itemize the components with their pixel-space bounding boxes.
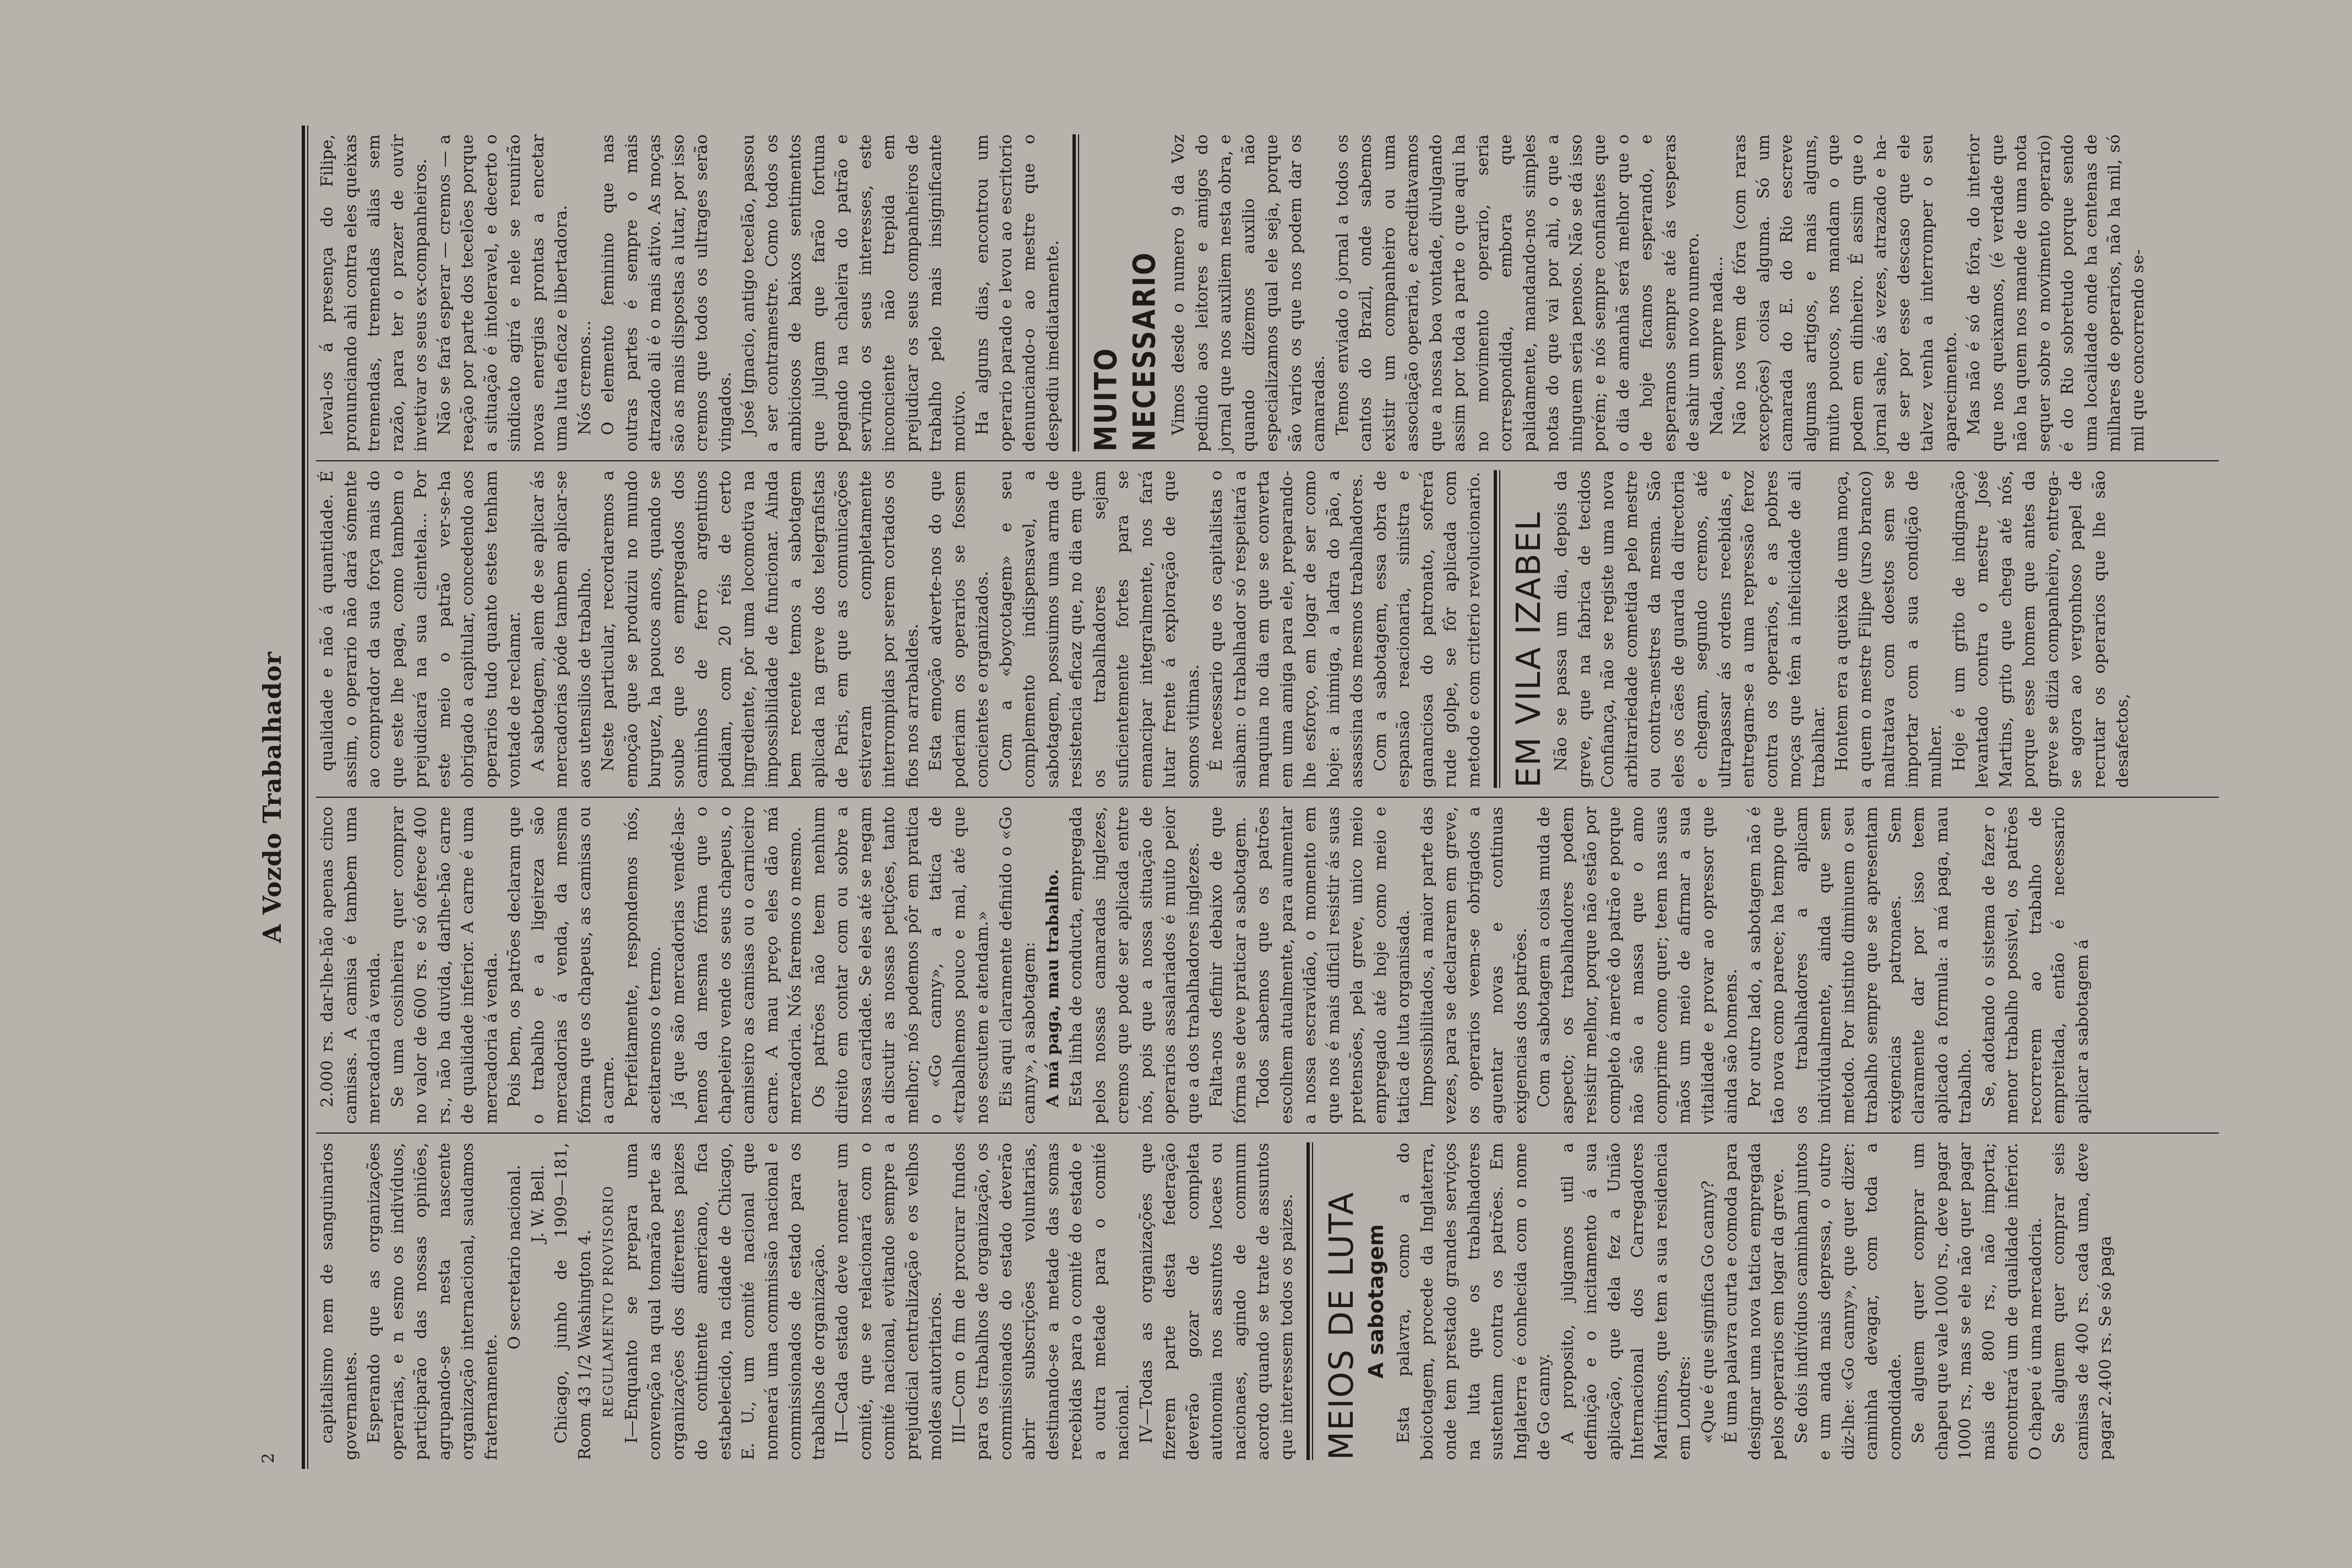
article-paragraph: Perfeitamente, respondemos nós, aceitare… bbox=[620, 807, 667, 1124]
article-paragraph: Não nos vem de fóra (com raras excepções… bbox=[1729, 134, 1963, 452]
article-paragraph: É necessario que os capitalistas o saiba… bbox=[1205, 471, 1369, 788]
article-paragraph: Mas não é só de fóra, do interior que no… bbox=[1963, 134, 2150, 452]
article-paragraph: REGULAMENTO PROVISORIO bbox=[597, 1143, 620, 1461]
article-paragraph: Nada, sempre nada... bbox=[1706, 134, 1729, 452]
newspaper-page: 2 A Vozdo Trabalhador capitalismo nem de… bbox=[259, 126, 2219, 1469]
section-heading: MEIOS DE LUTA bbox=[1321, 1143, 1363, 1461]
section-divider bbox=[1306, 1143, 1313, 1461]
article-paragraph: Temos enviado o jornal a todos os cantos… bbox=[1331, 134, 1706, 452]
article-paragraph: Esperando que as organizações operarias,… bbox=[363, 1143, 503, 1461]
section-heading: MUITO NECESSARIO bbox=[1087, 182, 1164, 451]
article-paragraph: Se, adotando o sistema de fazer o menor … bbox=[1978, 807, 2095, 1124]
article-paragraph: III—Com o fim de procurar fundos para os… bbox=[948, 1143, 1135, 1461]
article-paragraph: Se uma cosinheira quer comprar no valor … bbox=[386, 807, 504, 1124]
section-divider bbox=[1072, 134, 1079, 452]
article-paragraph: II—Cada estado deve nomear um comité, qu… bbox=[831, 1143, 948, 1461]
section-subheading: A sabotagem bbox=[1363, 1143, 1389, 1461]
article-paragraph: qualidade e não á quantidade. É assim, o… bbox=[316, 471, 527, 788]
article-paragraph: «Que é que significa Go canny? bbox=[1697, 1143, 1721, 1461]
article-paragraph: Com a «boycotagem» e seu complemento ind… bbox=[995, 471, 1206, 788]
column-1: capitalismo nem de sanguinarios governan… bbox=[316, 1134, 2219, 1469]
article-paragraph: É uma palavra curta e comoda para design… bbox=[1720, 1143, 1790, 1461]
article-paragraph: A sabotagem, alem de se aplicar ás merca… bbox=[527, 471, 597, 788]
section-heading: EM VILA IZABEL bbox=[1508, 471, 1550, 788]
article-paragraph: Esta linha de conducta, empregada pelos … bbox=[1065, 807, 1205, 1124]
article-paragraph: A má paga, mau trabalho. bbox=[1042, 807, 1065, 1124]
column-2: 2.000 rs. dar-lhe-hão apenas cinco camis… bbox=[316, 798, 2219, 1134]
article-paragraph: Com a sabotagem a coisa muda de aspecto;… bbox=[1533, 807, 1744, 1124]
article-paragraph: Pois bem, os patrões declaram que o trab… bbox=[503, 807, 620, 1124]
article-paragraph: O elemento feminino que nas outras parte… bbox=[597, 134, 737, 452]
article-paragraph: José Ignacio, antigo tecelão, passou a s… bbox=[737, 134, 971, 452]
header-rule bbox=[302, 126, 305, 1469]
article-paragraph: leval-os á presença do Filipe, pronuncia… bbox=[316, 134, 433, 452]
article-paragraph: Eis aqui claramente definido o «Go canny… bbox=[995, 807, 1042, 1124]
article-paragraph: Os patrões não teem nenhum direito em co… bbox=[808, 807, 995, 1124]
article-paragraph: O secretario nacional. bbox=[503, 1143, 527, 1461]
article-paragraph: Vimos desde o numero 9 da Voz pedindo ao… bbox=[1167, 134, 1331, 452]
article-paragraph: IV—Todas as organizações que fizerem par… bbox=[1135, 1143, 1299, 1461]
article-paragraph: Hoje é um grito de indignação levantado … bbox=[1948, 471, 2135, 788]
text-columns: capitalismo nem de sanguinarios governan… bbox=[316, 126, 2219, 1469]
masthead-title: A Vozdo Trabalhador bbox=[259, 126, 287, 1469]
article-paragraph: Se alguem quer comprar seis camisas de 4… bbox=[2048, 1143, 2118, 1461]
article-paragraph: Falta-nos definir debaixo de que fórma s… bbox=[1205, 807, 1252, 1124]
article-paragraph: Já que são mercadorias vendê-las-hemos d… bbox=[667, 807, 808, 1124]
article-paragraph: A proposito, julgamos util a definição e… bbox=[1556, 1143, 1697, 1461]
article-paragraph: Neste particular, recordaremos a emoção … bbox=[597, 471, 924, 788]
article-paragraph: Por outro lado, a sabotagem não é tão no… bbox=[1744, 807, 1978, 1124]
article-paragraph: Não se fará esperar — cremos — a reação … bbox=[433, 134, 574, 452]
article-paragraph: Se alguem quer comprar um chapeu que val… bbox=[1907, 1143, 2048, 1461]
article-paragraph: Esta emoção adverte-nos do que poderiam … bbox=[924, 471, 995, 788]
section-divider bbox=[1494, 471, 1500, 788]
article-paragraph: Com a sabotagem, essa obra de espansão r… bbox=[1369, 471, 1487, 788]
article-paragraph: Hontem era a queixa de uma moça, a quem … bbox=[1831, 471, 1948, 788]
column-3: qualidade e não á quantidade. É assim, o… bbox=[316, 462, 2219, 798]
article-paragraph: Chicago, junho de 1909—181, Room 43 1/2 … bbox=[550, 1143, 597, 1461]
article-paragraph: Todos sabemos que os patrões escolhem at… bbox=[1252, 807, 1416, 1124]
article-paragraph: I—Enquanto se prepara uma convenção na q… bbox=[620, 1143, 831, 1461]
article-paragraph: Nós cremos... bbox=[574, 134, 597, 452]
article-paragraph: J. W. Bell. bbox=[527, 1143, 551, 1461]
article-paragraph: Se dois indivíduos caminham juntos e um … bbox=[1790, 1143, 1908, 1461]
article-paragraph: Ha alguns dias, encontrou um operario pa… bbox=[971, 134, 1065, 452]
article-paragraph: capitalismo nem de sanguinarios governan… bbox=[316, 1143, 363, 1461]
rotated-newspaper-page: 2 A Vozdo Trabalhador capitalismo nem de… bbox=[0, 0, 2352, 1568]
article-paragraph: Impossibilitados, a maior parte das veze… bbox=[1416, 807, 1533, 1124]
column-4: leval-os á presença do Filipe, pronuncia… bbox=[316, 126, 2219, 462]
article-paragraph: 2.000 rs. dar-lhe-hão apenas cinco camis… bbox=[316, 807, 386, 1124]
article-paragraph: Esta palavra, como a do boicotagem, proc… bbox=[1392, 1143, 1556, 1461]
article-paragraph: Não se passa um dia, depois da greve, qu… bbox=[1550, 471, 1831, 788]
header-rule-thin bbox=[307, 126, 308, 1469]
